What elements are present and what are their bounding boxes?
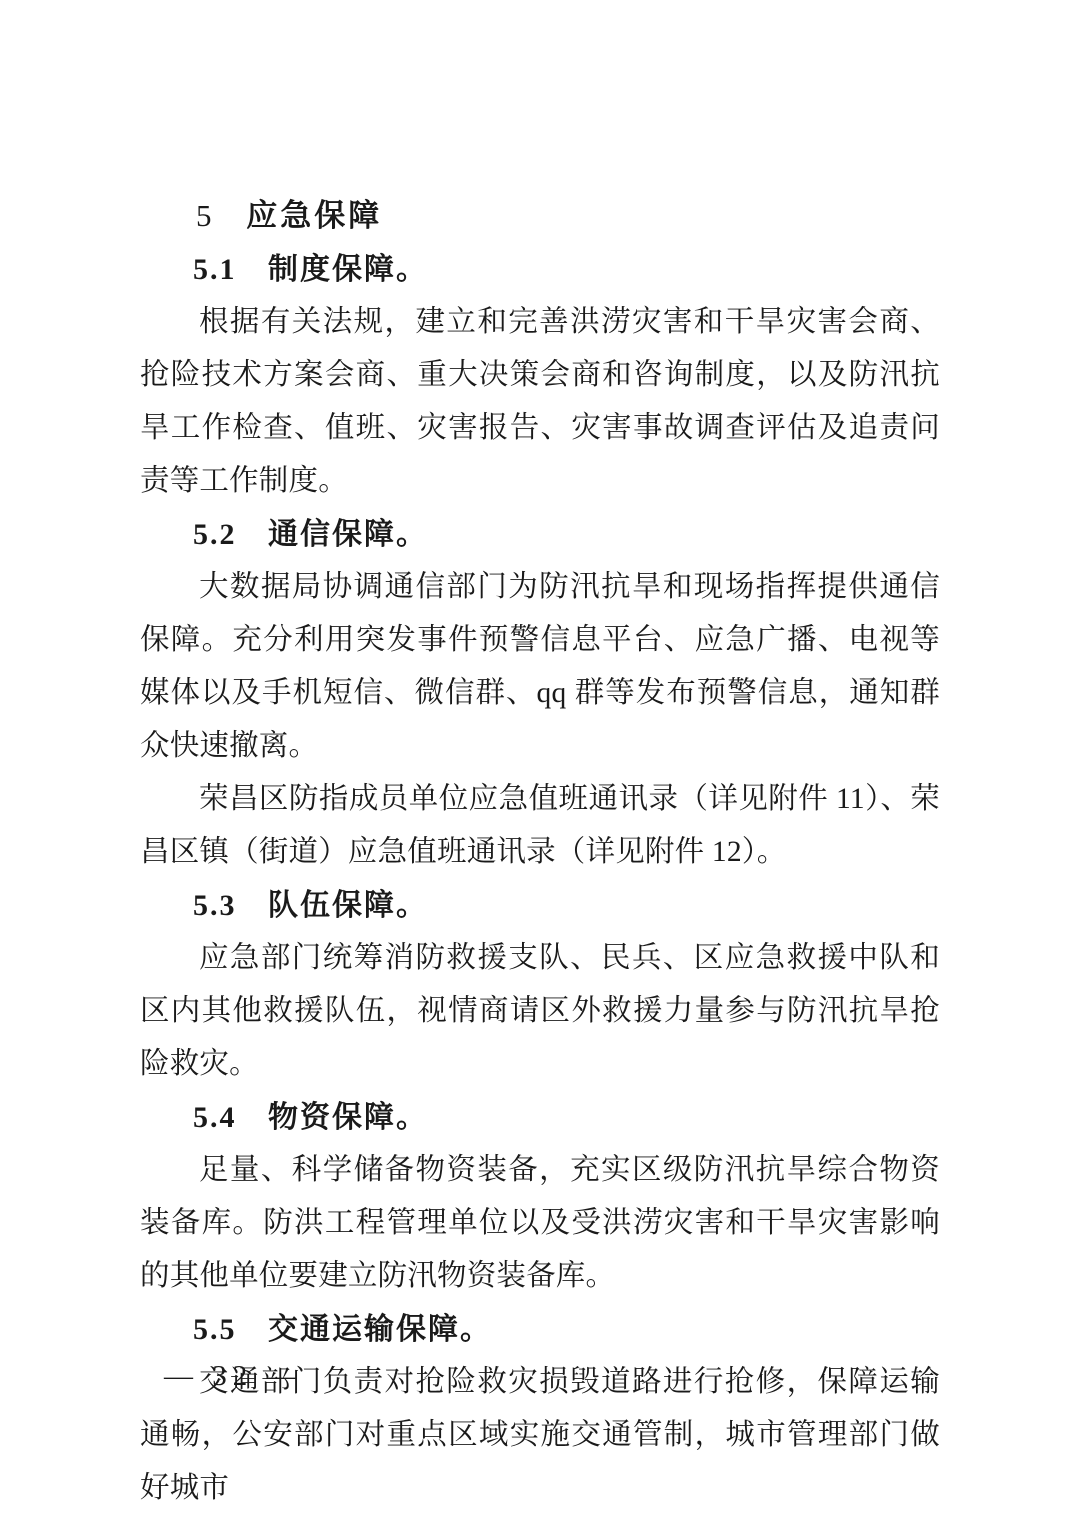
chapter-title: 应急保障 (246, 198, 382, 234)
document-page: 5 应急保障 5.1 制度保障。 根据有关法规，建立和完善洪涝灾害和干旱灾害会商… (0, 0, 1074, 1520)
subsection-number: 5.1 (193, 253, 237, 286)
subsection-heading-5-4: 5.4 物资保障。 (140, 1091, 940, 1144)
subsection-number: 5.4 (193, 1101, 237, 1134)
paragraph-team-support: 应急部门统筹消防救援支队、民兵、区应急救援中队和区内其他救援队伍，视情商请区外救… (140, 932, 940, 1091)
subsection-heading-5-5: 5.5 交通运输保障。 (140, 1303, 940, 1356)
chapter-number: 5 (196, 198, 212, 233)
paragraph-contact-directories: 荣昌区防指成员单位应急值班通讯录（详见附件 11）、荣昌区镇（街道）应急值班通讯… (140, 773, 940, 879)
subsection-number: 5.5 (193, 1313, 237, 1346)
subsection-title: 制度保障。 (268, 253, 428, 286)
subsection-heading-5-2: 5.2 通信保障。 (140, 508, 940, 561)
subsection-number: 5.3 (193, 889, 237, 922)
subsection-title: 队伍保障。 (268, 889, 428, 922)
subsection-title: 物资保障。 (268, 1101, 428, 1134)
subsection-title: 通信保障。 (268, 518, 428, 551)
page-number-text: — 32 — (164, 1360, 302, 1392)
page-number: — 32 — (164, 1356, 302, 1396)
subsection-heading-5-1: 5.1 制度保障。 (140, 243, 940, 296)
chapter-heading: 5 应急保障 (140, 189, 940, 243)
subsection-heading-5-3: 5.3 队伍保障。 (140, 879, 940, 932)
subsection-title: 交通运输保障。 (268, 1313, 492, 1346)
subsection-number: 5.2 (193, 518, 237, 551)
paragraph-material-support: 足量、科学储备物资装备，充实区级防汛抗旱综合物资装备库。防洪工程管理单位以及受洪… (140, 1144, 940, 1303)
paragraph-institutional-support: 根据有关法规，建立和完善洪涝灾害和干旱灾害会商、抢险技术方案会商、重大决策会商和… (140, 296, 940, 508)
document-content: 5 应急保障 5.1 制度保障。 根据有关法规，建立和完善洪涝灾害和干旱灾害会商… (140, 189, 940, 1515)
paragraph-communication-support: 大数据局协调通信部门为防汛抗旱和现场指挥提供通信保障。充分利用突发事件预警信息平… (140, 561, 940, 773)
